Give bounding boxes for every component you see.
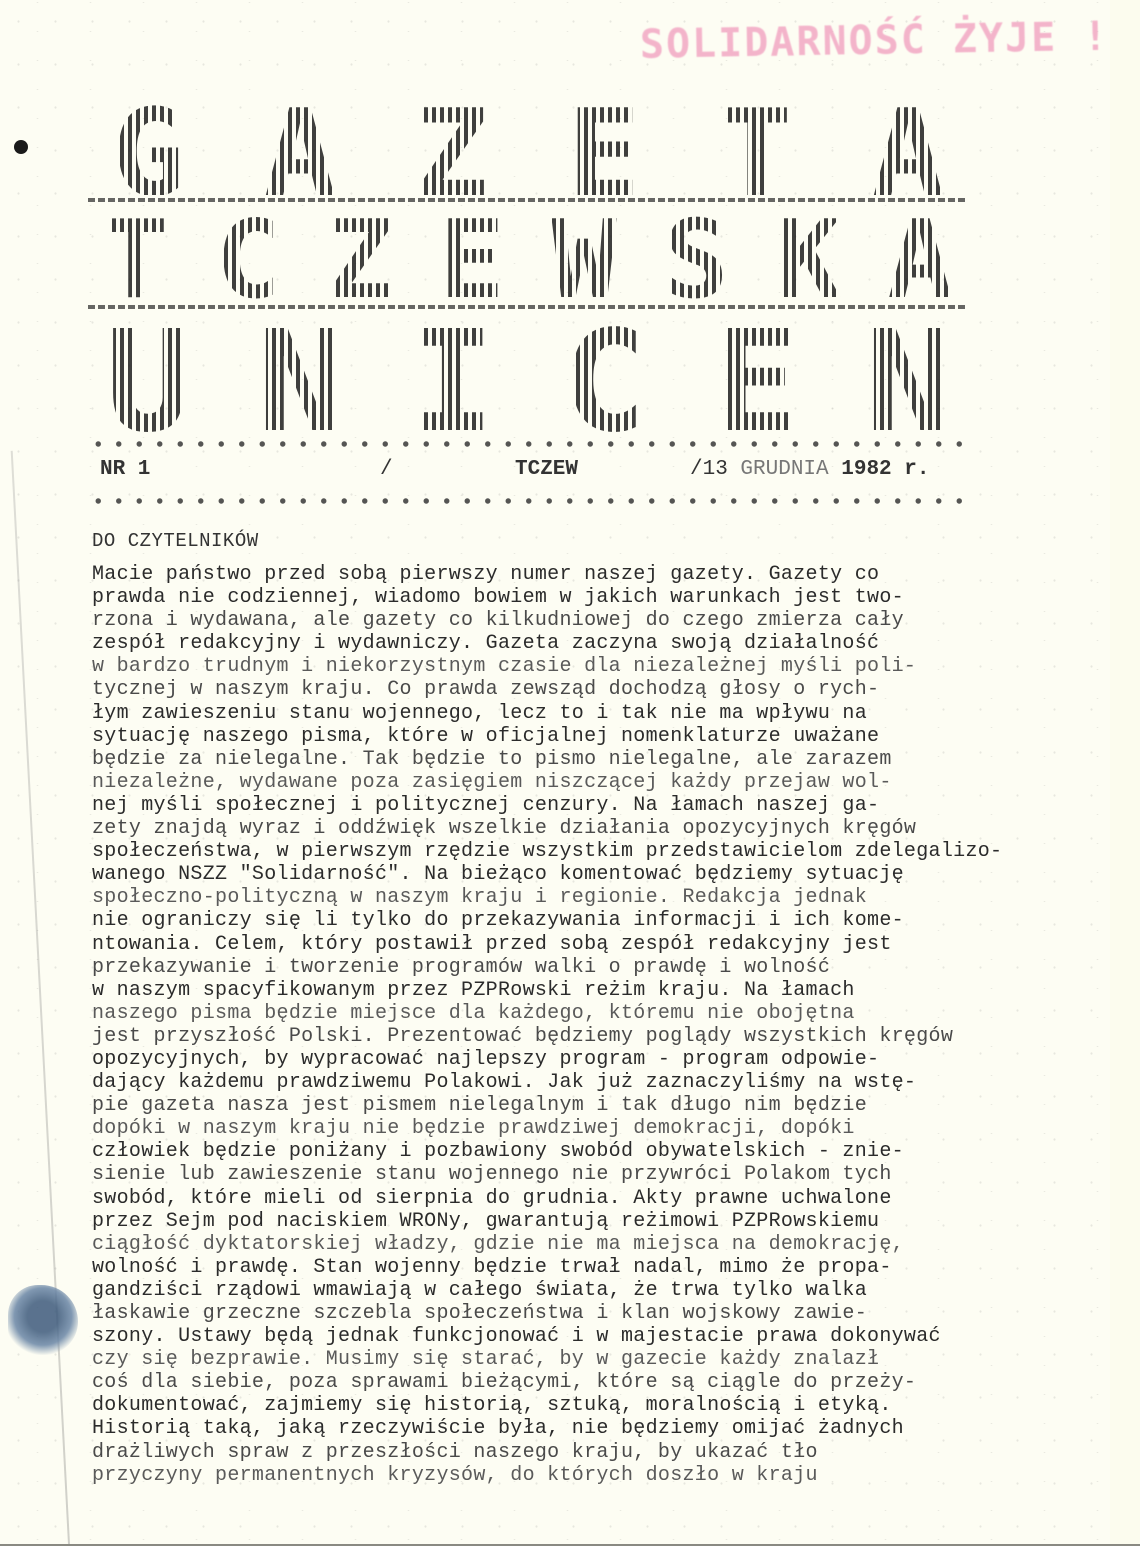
masthead: GAZETA TCZEWSKA UNICEN xyxy=(88,95,968,440)
date-month: GRUDNIA xyxy=(740,458,828,481)
masthead-row-2: TCZEWSKA xyxy=(88,207,968,302)
masthead-letter: T xyxy=(88,207,184,302)
ink-blot xyxy=(14,140,28,154)
body-line: przyczyny permanentnych kryzysów, do któ… xyxy=(92,1464,992,1487)
masthead-letter: E xyxy=(424,207,520,302)
date-year: 1982 r. xyxy=(841,458,929,481)
body-line: przekazywanie i tworzenie programów walk… xyxy=(92,956,992,979)
body-line: łaskawie grzeczne szczebla społeczeństwa… xyxy=(92,1302,992,1325)
body-line: Historią taką, jaką rzeczywiście była, n… xyxy=(92,1417,992,1440)
masthead-letter: A xyxy=(240,95,360,195)
body-line: pie gazeta nasza jest pismem nielegalnym… xyxy=(92,1094,992,1117)
masthead-letter: E xyxy=(696,313,816,433)
blue-ink-stain xyxy=(8,1285,78,1355)
body-line: swobód, które mieli od sierpnia do grudn… xyxy=(92,1187,992,1210)
body-line: dopóki w naszym kraju nie będzie prawdzi… xyxy=(92,1117,992,1140)
body-line: będzie za nielegalne. Tak będzie to pism… xyxy=(92,748,992,771)
body-line: dający każdemu prawdziwemu Polakowi. Jak… xyxy=(92,1071,992,1094)
body-line: w naszym spacyfikowanym przez PZPRowski … xyxy=(92,979,992,1002)
body-line: nie ograniczy się li tylko do przekazywa… xyxy=(92,909,992,932)
pink-stamp: SOLIDARNOŚĆ ŻYJE ! xyxy=(640,14,1091,82)
masthead-letter: N xyxy=(240,313,360,433)
body-line: naszego pisma będzie miejsce dla każdego… xyxy=(92,1002,992,1025)
article-heading: DO CZYTELNIKÓW xyxy=(92,530,259,552)
issue-number: NR 1 xyxy=(100,458,150,481)
body-line: człowiek będzie poniżany i pozbawiony sw… xyxy=(92,1140,992,1163)
masthead-letter: E xyxy=(544,95,664,195)
body-line: niezależne, wydawane poza zasięgiem nisz… xyxy=(92,771,992,794)
date-day: /13 xyxy=(690,458,728,481)
body-line: tycznej w naszym kraju. Co prawda zewszą… xyxy=(92,678,992,701)
body-line: społeczno-polityczną w naszym kraju i re… xyxy=(92,886,992,909)
masthead-divider xyxy=(88,305,968,309)
masthead-letter: K xyxy=(760,207,856,302)
paper-crease xyxy=(11,451,72,1568)
body-line: coś dla siebie, poza sprawami bieżącymi,… xyxy=(92,1371,992,1394)
issue-place: TCZEW xyxy=(515,458,578,481)
masthead-letter: T xyxy=(696,95,816,195)
masthead-letter: S xyxy=(648,207,744,302)
body-line: jest przyszłość Polski. Prezentować będz… xyxy=(92,1025,992,1048)
body-line: wolność i prawdę. Stan wojenny będzie tr… xyxy=(92,1256,992,1279)
masthead-letter: I xyxy=(392,313,512,433)
masthead-letter: A xyxy=(872,207,968,302)
body-line: ntowania. Celem, który postawił przed so… xyxy=(92,933,992,956)
document-page: SOLIDARNOŚĆ ŻYJE ! GAZETA TCZEWSKA UNICE… xyxy=(0,0,1140,1568)
issue-line: NR 1 / TCZEW /13 GRUDNIA 1982 r. xyxy=(100,458,980,486)
body-line: rzona i wydawana, ale gazety co kilkudni… xyxy=(92,609,992,632)
masthead-letter: U xyxy=(88,313,208,433)
body-line: ciągłość dyktatorskiej władzy, gdzie nie… xyxy=(92,1233,992,1256)
body-line: prawda nie codziennej, wiadomo bowiem w … xyxy=(92,586,992,609)
body-line: nej myśli społecznej i politycznej cenzu… xyxy=(92,794,992,817)
body-line: łym zawieszeniu stanu wojennego, lecz to… xyxy=(92,702,992,725)
body-line: zety znajdą wyraz i oddźwięk wszelkie dz… xyxy=(92,817,992,840)
body-line: Macie państwo przed sobą pierwszy numer … xyxy=(92,563,992,586)
scan-bottom-edge xyxy=(0,1544,1140,1568)
body-line: gandziści rządowi wmawiają w całego świa… xyxy=(92,1279,992,1302)
body-line: sytuację naszego pisma, które w oficjaln… xyxy=(92,725,992,748)
body-line: zespół redakcyjny i wydawniczy. Gazeta z… xyxy=(92,632,992,655)
dotted-rule-bottom xyxy=(88,497,968,505)
body-line: opozycyjnych, by wypracować najlepszy pr… xyxy=(92,1048,992,1071)
masthead-letter: C xyxy=(544,313,664,433)
body-line: społeczeństwa, w pierwszym rzędzie wszys… xyxy=(92,840,992,863)
masthead-letter: Z xyxy=(392,95,512,195)
body-line: szony. Ustawy będą jednak funkcjonować i… xyxy=(92,1325,992,1348)
body-line: wanego NSZZ "Solidarność". Na bieżąco ko… xyxy=(92,863,992,886)
masthead-row-1: GAZETA xyxy=(88,95,968,195)
masthead-letter: C xyxy=(200,207,296,302)
issue-date: /13 GRUDNIA 1982 r. xyxy=(690,458,929,481)
paper-edge xyxy=(1110,0,1140,1568)
masthead-letter: W xyxy=(536,207,632,302)
masthead-letter: N xyxy=(848,313,968,433)
masthead-letter: Z xyxy=(312,207,408,302)
body-line: sienie lub zawieszenie stanu wojennego n… xyxy=(92,1163,992,1186)
masthead-letter: G xyxy=(88,95,208,195)
article-body: Macie państwo przed sobą pierwszy numer … xyxy=(92,563,992,1487)
dotted-rule-top xyxy=(88,440,968,448)
masthead-row-3: UNICEN xyxy=(88,313,968,433)
body-line: przez Sejm pod naciskiem WRONy, gwarantu… xyxy=(92,1210,992,1233)
body-line: w bardzo trudnym i niekorzystnym czasie … xyxy=(92,655,992,678)
issue-separator: / xyxy=(380,458,393,481)
body-line: drażliwych spraw z przeszłości naszego k… xyxy=(92,1441,992,1464)
body-line: czy się bezprawie. Musimy się starać, by… xyxy=(92,1348,992,1371)
body-line: dokumentować, zajmiemy się historią, szt… xyxy=(92,1394,992,1417)
masthead-letter: A xyxy=(848,95,968,195)
